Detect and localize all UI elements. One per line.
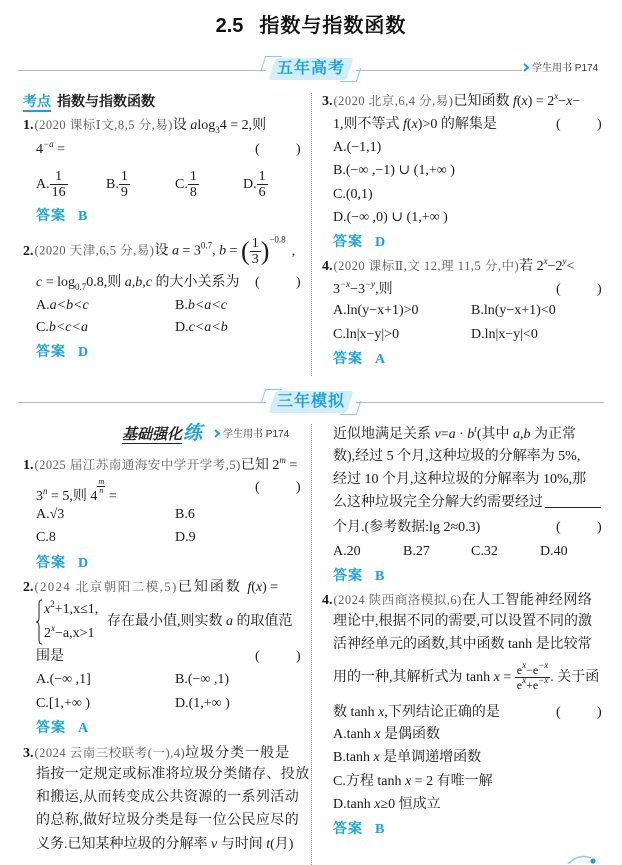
numerator: 1 xyxy=(188,169,199,185)
math-text: − xyxy=(572,94,580,109)
answer-value: D xyxy=(78,556,88,571)
option-text: b<a<c xyxy=(188,298,227,313)
question-1-stem: 1.(2025 届江苏南通海安中学开学考,5)已知 2m = xyxy=(23,455,297,475)
question-source: (2020 课标Ⅱ,文 12,理 11,5 分,中) xyxy=(334,259,520,273)
option-a: A.a<b<c xyxy=(36,296,89,316)
option-d: D.(−∞ ,0) ∪ (1,+∞ ) xyxy=(333,208,448,228)
math-text: 4 xyxy=(36,142,43,157)
question-source: (2020 天津,6,5 分,易) xyxy=(35,244,155,258)
answer-bracket-close: ) xyxy=(296,647,301,667)
option-label: C. xyxy=(333,327,346,342)
option-text: = 2 有唯一解 xyxy=(411,774,492,789)
practice-title: 基础强化 xyxy=(122,426,182,444)
banner-divider-right xyxy=(356,402,604,403)
decorative-arc-icon xyxy=(566,852,602,865)
option-d: D.tanh x≥0 恒成立 xyxy=(333,795,441,815)
answer-value: B xyxy=(78,209,87,224)
math-var: a,b,c xyxy=(125,275,152,290)
question-1-stem-line2: 3n = 5,则 4mn = xyxy=(36,478,117,498)
denominator: 3 xyxy=(250,252,261,267)
answer-bracket-open: ( xyxy=(556,280,561,300)
question-source: (2024 云南三校联考(一),4) xyxy=(35,746,186,760)
option-text: 方程 tanh xyxy=(346,774,405,789)
answer-label: 答案 xyxy=(36,207,66,223)
question-3-stem-line: 指按一定规定或标准将垃圾分类储存、投放 xyxy=(36,765,310,785)
stem-text: 1,则不等式 xyxy=(333,117,403,132)
math-text: = log xyxy=(42,275,75,290)
banner-label: 五年高考 xyxy=(268,58,354,80)
question-4-stem: 4.(2024 陕西商洛模拟,6)在人工智能神经网络 xyxy=(322,590,592,610)
option-text: 8 xyxy=(49,530,56,545)
stem-text: 设 xyxy=(154,244,172,259)
option-b: B.19 xyxy=(106,169,130,201)
question-number: 3. xyxy=(322,94,333,109)
option-c: C.32 xyxy=(471,542,498,562)
stem-text: . 关于函 xyxy=(550,670,599,685)
stem-text: 数 tanh xyxy=(333,705,378,720)
question-3-stem-line: 义务.已知某种垃圾的分解率 v 与时间 t(月) xyxy=(36,835,293,855)
option-text: (0,1) xyxy=(346,187,373,202)
answer-bracket-open: ( xyxy=(556,115,561,135)
section-banner-three-year: 三年模拟 xyxy=(268,391,354,413)
stem-text: )>0 的解集是 xyxy=(418,117,497,132)
answer-row: 答案B xyxy=(36,205,87,225)
answer-value: B xyxy=(375,569,384,584)
column-divider xyxy=(311,93,312,376)
option-c: C.[1,+∞ ) xyxy=(36,694,90,714)
question-4-stem-line: 活神经单元的函数,其中函数 tanh 是比较常 xyxy=(333,635,592,655)
answer-value: A xyxy=(78,721,88,736)
option-d: D.16 xyxy=(243,169,268,201)
option-b: B.ln(y−x+1)<0 xyxy=(471,301,556,321)
stem-text: (其中 xyxy=(477,427,513,442)
question-number: 1. xyxy=(23,458,34,473)
question-number: 4. xyxy=(322,593,333,608)
option-label: A. xyxy=(333,303,347,318)
option-text: (−∞ ,−1) ∪ (1,+∞ ) xyxy=(346,163,455,178)
student-book-ref: 学生用书 P174 xyxy=(214,428,289,442)
question-number: 1. xyxy=(23,118,34,133)
option-label: C. xyxy=(333,187,346,202)
fraction: 19 xyxy=(119,169,130,200)
option-text: (−1,1) xyxy=(347,140,382,155)
option-c: C.方程 tanh x = 2 有唯一解 xyxy=(333,772,493,792)
answer-label: 答案 xyxy=(333,567,363,583)
option-text: b<c<a xyxy=(49,320,88,335)
math-text: −a,x>1 xyxy=(55,626,95,641)
option-a: A.116 xyxy=(36,169,68,201)
option-text: (−∞ ,1) xyxy=(188,672,229,687)
fraction: 116 xyxy=(50,169,68,200)
answer-bracket-open: ( xyxy=(255,478,260,498)
student-book-ref: 学生用书 P174 xyxy=(523,62,598,76)
option-label: B. xyxy=(333,750,346,765)
option-label: B. xyxy=(175,672,188,687)
answer-row: 答案B xyxy=(333,818,384,838)
stem-text: 与时间 xyxy=(217,837,266,852)
column-divider xyxy=(311,424,312,865)
question-4-stem-line2: 3−x−3−y,则 xyxy=(333,280,393,300)
question-3-stem-line: 和搬运,从而转变成公共资源的一系列活动 xyxy=(36,788,299,808)
math-text: = 3 xyxy=(179,244,201,259)
option-label: A. xyxy=(36,507,50,522)
practice-title-accent: 练 xyxy=(183,423,202,444)
option-text: 32 xyxy=(484,544,498,559)
option-label: D. xyxy=(333,210,347,225)
math-var: a,b xyxy=(513,427,531,442)
exponent: −a xyxy=(43,139,54,149)
option-text: tanh xyxy=(346,750,374,765)
answer-label: 答案 xyxy=(333,820,363,836)
answer-bracket-open: ( xyxy=(255,140,260,160)
answer-bracket-open: ( xyxy=(556,703,561,723)
topic-tag: 考点 xyxy=(23,93,51,112)
denominator: 9 xyxy=(119,185,130,200)
math-text: −3 xyxy=(350,282,365,297)
math-text: ) = xyxy=(262,580,278,595)
math-text: · xyxy=(456,427,468,442)
banner-divider-left xyxy=(18,70,266,71)
exponent: 0.7 xyxy=(201,241,212,251)
exponent: −x xyxy=(538,675,548,685)
option-text: (−∞ ,1] xyxy=(50,672,91,687)
option-b: B.b<a<c xyxy=(175,296,227,316)
question-3-stem: 3.(2020 北京,6,4 分,易)已知函数 f(x) = 2x−x− xyxy=(322,91,580,111)
numerator: 1 xyxy=(50,169,68,185)
math-text: = xyxy=(441,427,449,442)
option-label: A. xyxy=(36,672,50,687)
fraction: 13 xyxy=(250,236,261,267)
question-source: (2025 届江苏南通海安中学开学考,5) xyxy=(35,458,241,472)
numerator: 1 xyxy=(250,236,261,252)
option-a: A.ln(y−x+1)>0 xyxy=(333,301,419,321)
option-text: [1,+∞ ) xyxy=(49,696,90,711)
answer-bracket-open: ( xyxy=(255,647,260,667)
option-b: B.27 xyxy=(403,542,430,562)
fill-in-blank xyxy=(545,493,601,508)
math-text: 3 xyxy=(333,282,340,297)
option-label: C. xyxy=(36,530,49,545)
question-1-stem: 1.(2020 课标Ⅰ文,8,5 分,易)设 alog34 = 2,则 xyxy=(23,115,266,135)
stem-text: 垃圾分类一般是 xyxy=(185,746,290,761)
question-3-stem-line2: 1,则不等式 f(x)>0 的解集是 xyxy=(333,115,497,135)
option-text: √3 xyxy=(50,507,65,522)
answer-value: A xyxy=(375,352,385,367)
ref-label: 学生用书 P174 xyxy=(223,429,289,440)
topic-title: 指数与指数函数 xyxy=(57,93,155,109)
option-label: D. xyxy=(175,696,189,711)
answer-label: 答案 xyxy=(36,554,66,570)
numerator: 1 xyxy=(257,169,268,185)
option-label: B. xyxy=(106,177,119,192)
math-text: 2 xyxy=(44,626,51,641)
question-3-stem-line: 经过 10 个月,这种垃圾的分解率为 10%,那 xyxy=(333,470,586,490)
stem-text: 设 xyxy=(173,118,191,133)
option-text: ln(y−x+1)>0 xyxy=(347,303,419,318)
option-label: B. xyxy=(333,163,346,178)
option-b: B.tanh x 是单调递增函数 xyxy=(333,748,481,768)
option-text: 是偶函数 xyxy=(380,727,440,742)
option-text: 27 xyxy=(416,544,430,559)
question-2-stem-line3: 围是 xyxy=(36,647,64,667)
option-b: B.6 xyxy=(175,505,195,525)
piecewise-case-1: x2+1,x≤1, xyxy=(44,600,98,620)
answer-bracket-close: ) xyxy=(597,115,602,135)
section-title: 指数与指数函数 xyxy=(259,15,406,37)
option-a: A.20 xyxy=(333,542,361,562)
paren-open: ( xyxy=(241,237,250,266)
stem-text: (月) xyxy=(270,837,293,852)
option-text: (1,+∞ ) xyxy=(189,696,230,711)
option-label: D. xyxy=(471,327,485,342)
exponent: −x xyxy=(340,279,350,289)
piecewise-case-2: 2x−a,x>1 xyxy=(44,624,95,644)
ref-label: 学生用书 P174 xyxy=(532,63,598,74)
answer-row: 答案A xyxy=(36,717,88,737)
banner-divider-left xyxy=(18,402,266,403)
stem-text: 4 = 2,则 xyxy=(220,118,266,133)
option-label: B. xyxy=(175,298,188,313)
question-4-stem: 4.(2020 课标Ⅱ,文 12,理 11,5 分,中)若 2x−2y< xyxy=(322,256,574,276)
question-source: (2024 陕西商洛模拟,6) xyxy=(334,593,462,607)
question-2-stem-continued: 存在最小值,则实数 a 的取值范 xyxy=(107,612,293,632)
question-number: 4. xyxy=(322,259,333,274)
option-label: B. xyxy=(403,544,416,559)
answer-row: 答案D xyxy=(36,552,88,572)
answer-bracket-close: ) xyxy=(296,478,301,498)
math-text: = xyxy=(226,244,241,259)
stem-text: ,下列结论正确的是 xyxy=(384,705,500,720)
exponent: −x xyxy=(538,660,548,670)
stem-text: 用的一种,其解析式为 tanh xyxy=(333,670,494,685)
math-text: = xyxy=(500,670,515,685)
stem-text: 么这种垃圾完全分解大约需要经过 xyxy=(333,495,543,510)
answer-row: 答案D xyxy=(333,231,385,251)
page-title: 2.5指数与指数函数 xyxy=(0,12,622,40)
option-label: A. xyxy=(36,298,50,313)
stem-text: 已知函数 xyxy=(178,580,248,595)
math-var: a xyxy=(226,614,233,629)
denominator: 6 xyxy=(257,185,268,200)
piecewise-brace xyxy=(35,599,43,645)
math-text: +1,x≤1, xyxy=(55,602,99,617)
question-2-stem-line2: c = log0.70.8,则 a,b,c 的大小关系为 xyxy=(36,273,239,293)
option-text: 是单调递增函数 xyxy=(380,750,482,765)
option-label: D. xyxy=(175,320,189,335)
answer-value: B xyxy=(375,822,384,837)
fraction: 18 xyxy=(188,169,199,200)
denominator: 16 xyxy=(50,185,68,200)
question-number: 2. xyxy=(23,244,34,259)
fraction: ex−e−xex+e−x xyxy=(515,663,551,692)
option-a: A.√3 xyxy=(36,505,64,525)
question-number: 2. xyxy=(23,580,34,595)
banner-label: 三年模拟 xyxy=(268,391,354,413)
answer-row: 答案B xyxy=(333,565,384,585)
topic-header: 考点指数与指数函数 xyxy=(23,91,155,111)
chevron-right-icon xyxy=(523,63,529,72)
option-text: 40 xyxy=(554,544,568,559)
page: 2.5指数与指数函数 五年高考 学生用书 P174 考点指数与指数函数 1.(2… xyxy=(0,0,622,865)
chevron-right-icon xyxy=(214,429,220,438)
option-label: C. xyxy=(333,774,346,789)
option-text: a<b<c xyxy=(50,298,89,313)
option-label: D. xyxy=(243,177,257,192)
question-3-stem-line: 的总称,做好垃圾分类是每一位公民应尽的 xyxy=(36,811,299,831)
math-text: = xyxy=(105,489,116,504)
denominator: ex+e−x xyxy=(515,678,551,692)
stem-text: = 5,则 4 xyxy=(48,489,98,504)
math-text: = xyxy=(286,458,297,473)
option-label: A. xyxy=(36,177,50,192)
option-label: A. xyxy=(333,140,347,155)
option-a: A.tanh x 是偶函数 xyxy=(333,725,440,745)
fraction: 16 xyxy=(257,169,268,200)
stem-text: 已知 2 xyxy=(241,458,280,473)
option-label: D. xyxy=(175,530,189,545)
question-number: 3. xyxy=(23,746,34,761)
stem-text: 为正常 xyxy=(530,427,576,442)
math-text: log xyxy=(197,118,215,133)
math-var: a xyxy=(172,244,179,259)
question-4-stem-line: 理论中,根据不同的需要,可以设置不同的激 xyxy=(333,612,592,632)
option-text: 6 xyxy=(188,507,195,522)
option-text: (−∞ ,0) ∪ (1,+∞ ) xyxy=(347,210,448,225)
answer-label: 答案 xyxy=(333,233,363,249)
answer-row: 答案D xyxy=(36,341,88,361)
option-d: D.ln|x−y|<0 xyxy=(471,325,538,345)
math-text: = xyxy=(54,142,65,157)
answer-row: 答案A xyxy=(333,348,385,368)
stem-text: 义务.已知某种垃圾的分解率 xyxy=(36,837,211,852)
math-text: < xyxy=(567,259,575,274)
exponent: −y xyxy=(365,279,375,289)
option-text: ln(y−x+1)<0 xyxy=(484,303,556,318)
math-text: −e xyxy=(526,663,538,677)
stem-text: 的大小关系为 xyxy=(152,275,240,290)
option-c: C.8 xyxy=(36,528,56,548)
banner-divider-right xyxy=(356,70,522,71)
option-c: C.ln|x−y|>0 xyxy=(333,325,399,345)
answer-value: D xyxy=(375,235,385,250)
option-label: B. xyxy=(471,303,484,318)
math-var: a xyxy=(449,427,456,442)
option-text: ln|x−y|>0 xyxy=(346,327,399,342)
answer-bracket-close: ) xyxy=(296,140,301,160)
question-3-stem-line: 数),经过 5 个月,这种垃圾的分解率为 5%, xyxy=(333,447,580,467)
section-banner-five-year: 五年高考 xyxy=(268,58,354,80)
option-text: tanh xyxy=(347,727,375,742)
stem-text: 0.8,则 xyxy=(86,275,125,290)
option-label: C. xyxy=(36,696,49,711)
question-source: (2020 课标Ⅰ文,8,5 分,易) xyxy=(35,118,173,132)
question-2-stem: 2.(2024 北京朝阳二模,5)已知函数 f(x) = xyxy=(23,577,278,597)
answer-label: 答案 xyxy=(36,343,66,359)
option-text: tanh xyxy=(347,797,375,812)
option-a: A.(−∞ ,1] xyxy=(36,670,91,690)
question-3-stem-line: 近似地满足关系 v=a · bt(其中 a,b 为正常 xyxy=(333,425,576,445)
question-source: (2024 北京朝阳二模,5) xyxy=(35,580,178,594)
math-text: +e xyxy=(526,678,538,692)
option-b: B.(−∞ ,1) xyxy=(175,670,229,690)
answer-bracket-close: ) xyxy=(597,518,602,538)
option-c: C.(0,1) xyxy=(333,185,373,205)
question-1-stem-line2: 4−a = xyxy=(36,140,65,160)
question-3-stem: 3.(2024 云南三校联考(一),4)垃圾分类一般是 xyxy=(23,743,290,763)
math-text: 3 xyxy=(36,489,43,504)
option-d: D.(1,+∞ ) xyxy=(175,694,230,714)
question-3-stem-line: 么这种垃圾完全分解大约需要经过 xyxy=(333,493,601,513)
math-text: ) = 2 xyxy=(528,94,555,109)
answer-bracket-open: ( xyxy=(556,518,561,538)
option-label: B. xyxy=(175,507,188,522)
stem-text: ,则 xyxy=(375,282,393,297)
stem-text: 已知函数 xyxy=(453,94,513,109)
option-b: B.(−∞ ,−1) ∪ (1,+∞ ) xyxy=(333,161,455,181)
answer-label: 答案 xyxy=(333,350,363,366)
answer-bracket-close: ) xyxy=(296,273,301,293)
answer-bracket-close: ) xyxy=(597,703,602,723)
option-text: ln|x−y|<0 xyxy=(485,327,538,342)
answer-bracket-close: ) xyxy=(597,280,602,300)
option-label: A. xyxy=(333,544,347,559)
option-label: C. xyxy=(36,320,49,335)
option-text: c<a<b xyxy=(189,320,228,335)
numerator: 1 xyxy=(119,169,130,185)
question-source: (2020 北京,6,4 分,易) xyxy=(334,94,454,108)
math-text: 若 2 xyxy=(519,259,544,274)
option-text: ≥0 恒成立 xyxy=(380,797,440,812)
stem-text: 在人工智能神经网络 xyxy=(462,593,593,608)
log-base: 0.7 xyxy=(75,282,86,292)
answer-label: 答案 xyxy=(36,719,66,735)
option-label: D. xyxy=(333,797,347,812)
math-text: , xyxy=(292,244,296,259)
stem-text: 近似地满足关系 xyxy=(333,427,435,442)
question-4-stem-line: 数 tanh x,下列结论正确的是 xyxy=(333,703,500,723)
stem-text: 存在最小值,则实数 xyxy=(107,614,226,629)
option-d: D.9 xyxy=(175,528,196,548)
denominator: 8 xyxy=(188,185,199,200)
math-text: −2 xyxy=(548,259,563,274)
option-d: D.40 xyxy=(540,542,568,562)
section-number: 2.5 xyxy=(216,15,244,37)
option-label: C. xyxy=(471,544,484,559)
option-label: D. xyxy=(540,544,554,559)
stem-text: 围是 xyxy=(36,649,64,664)
option-label: A. xyxy=(333,727,347,742)
option-text: 9 xyxy=(189,530,196,545)
option-c: C.b<c<a xyxy=(36,318,88,338)
exponent: −0.8 xyxy=(269,235,285,245)
stem-text: 的取值范 xyxy=(233,614,293,629)
option-d: D.c<a<b xyxy=(175,318,228,338)
question-4-stem-line: 用的一种,其解析式为 tanh x = ex−e−xex+e−x. 关于函 xyxy=(333,662,599,694)
option-c: C.18 xyxy=(175,169,199,201)
question-3-stem-line: 个月.(参考数据:lg 2≈0.3) xyxy=(333,518,480,538)
option-a: A.(−1,1) xyxy=(333,138,381,158)
question-2-stem: 2.(2020 天津,6,5 分,易)设 a = 30.7, b = (13)−… xyxy=(23,236,295,264)
option-label: C. xyxy=(175,177,188,192)
answer-value: D xyxy=(78,345,88,360)
option-text: 20 xyxy=(347,544,361,559)
practice-header: 基础强化练 xyxy=(122,422,202,447)
answer-bracket-open: ( xyxy=(255,273,260,293)
